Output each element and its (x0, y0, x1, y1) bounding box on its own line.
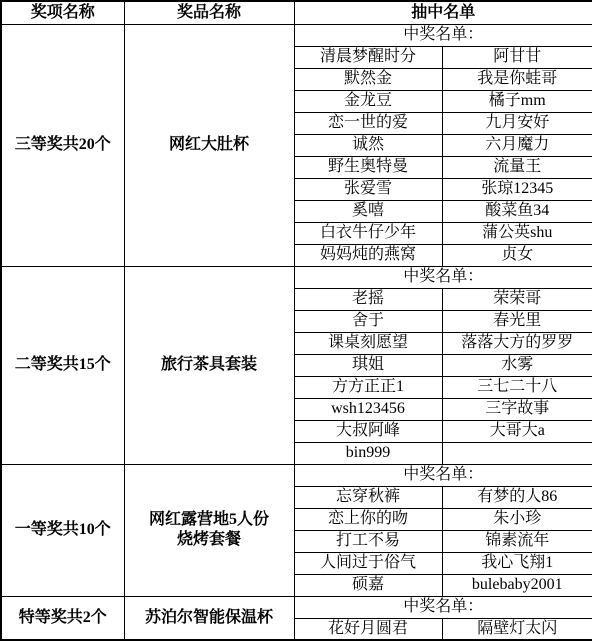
prize-results-table: 奖项名称 奖品名称 抽中名单 三等奖共20个 网红大肚杯 中奖名单： 清晨梦醒时… (0, 0, 592, 641)
winner-name-cell: 硕嘉 (294, 574, 442, 596)
header-winner-list: 抽中名单 (294, 1, 592, 24)
header-prize-item: 奖品名称 (124, 1, 294, 24)
winner-name-cell: 张琼12345 (442, 178, 592, 200)
winner-name-cell: 诚然 (294, 134, 442, 156)
winner-name-cell: 恋上你的吻 (294, 508, 442, 530)
winner-name-cell: 锦素流年 (442, 530, 592, 552)
prize-item-cell: 网红大肚杯 (124, 24, 294, 266)
winner-name-cell: 课桌刻愿望 (294, 332, 442, 354)
winner-name-cell: 舍于 (294, 310, 442, 332)
winner-name-cell: 三字故事 (442, 398, 592, 420)
winner-name-cell: 落落大方的罗罗 (442, 332, 592, 354)
winner-name-cell: 有梦的人86 (442, 486, 592, 508)
winner-name-cell: 酸菜鱼34 (442, 200, 592, 222)
winner-name-cell: 奚嘻 (294, 200, 442, 222)
winner-name-cell: 琪姐 (294, 354, 442, 376)
winner-name-cell: 蒲公英shu (442, 222, 592, 244)
winner-name-cell: 张爱雪 (294, 178, 442, 200)
winner-name-cell: 白衣牛仔少年 (294, 222, 442, 244)
header-prize-tier: 奖项名称 (1, 1, 124, 24)
winner-name-cell: 人间过于俗气 (294, 552, 442, 574)
winner-name-cell: 金龙豆 (294, 90, 442, 112)
section-label-row: 一等奖共10个 网红露营地5人份 烧烤套餐 中奖名单： (1, 464, 592, 486)
winner-name-cell: bulebaby2001 (442, 574, 592, 596)
winner-name-cell: bin999 (294, 442, 442, 464)
winner-name-cell: 大叔阿峰 (294, 420, 442, 442)
prize-item-cell: 苏泊尔智能保温杯 (124, 596, 294, 640)
winner-name-cell: 九月安好 (442, 112, 592, 134)
winner-list-label: 中奖名单： (294, 596, 592, 618)
winner-name-cell: 忘穿秋裤 (294, 486, 442, 508)
section-label-row: 三等奖共20个 网红大肚杯 中奖名单： (1, 24, 592, 46)
winner-list-label: 中奖名单： (294, 266, 592, 288)
winner-name-cell: 隔壁灯太闪 (442, 618, 592, 640)
winner-name-cell (442, 442, 592, 464)
winner-name-cell: 打工不易 (294, 530, 442, 552)
winner-name-cell: 三七二十八 (442, 376, 592, 398)
winner-name-cell: 清晨梦醒时分 (294, 46, 442, 68)
winner-name-cell: 朱小珍 (442, 508, 592, 530)
winner-name-cell: 我心飞翔1 (442, 552, 592, 574)
winner-name-cell: 水雾 (442, 354, 592, 376)
winner-name-cell: wsh123456 (294, 398, 442, 420)
winner-name-cell: 方方正正1 (294, 376, 442, 398)
winner-name-cell: 春光里 (442, 310, 592, 332)
winner-name-cell: 贞女 (442, 244, 592, 266)
winner-name-cell: 花好月圆君 (294, 618, 442, 640)
prize-tier-cell: 特等奖共2个 (1, 596, 124, 640)
section-label-row: 特等奖共2个 苏泊尔智能保温杯 中奖名单： (1, 596, 592, 618)
prize-tier-cell: 二等奖共15个 (1, 266, 124, 464)
winner-name-cell: 六月魔力 (442, 134, 592, 156)
winner-name-cell: 默然金 (294, 68, 442, 90)
prize-item-cell: 旅行茶具套装 (124, 266, 294, 464)
section-label-row: 二等奖共15个 旅行茶具套装 中奖名单： (1, 266, 592, 288)
winner-name-cell: 恋一世的爱 (294, 112, 442, 134)
prize-item-cell: 网红露营地5人份 烧烤套餐 (124, 464, 294, 596)
prize-tier-cell: 三等奖共20个 (1, 24, 124, 266)
prize-tier-cell: 一等奖共10个 (1, 464, 124, 596)
winner-list-label: 中奖名单： (294, 24, 592, 46)
winner-name-cell: 老摇 (294, 288, 442, 310)
winner-list-label: 中奖名单： (294, 464, 592, 486)
winner-name-cell: 野生奥特曼 (294, 156, 442, 178)
winner-name-cell: 阿甘甘 (442, 46, 592, 68)
header-row: 奖项名称 奖品名称 抽中名单 (1, 1, 592, 24)
winner-name-cell: 荣荣哥 (442, 288, 592, 310)
winner-name-cell: 橘子mm (442, 90, 592, 112)
winner-name-cell: 妈妈炖的燕窝 (294, 244, 442, 266)
winner-name-cell: 流量王 (442, 156, 592, 178)
winner-name-cell: 大哥大a (442, 420, 592, 442)
winner-name-cell: 我是你蛙哥 (442, 68, 592, 90)
